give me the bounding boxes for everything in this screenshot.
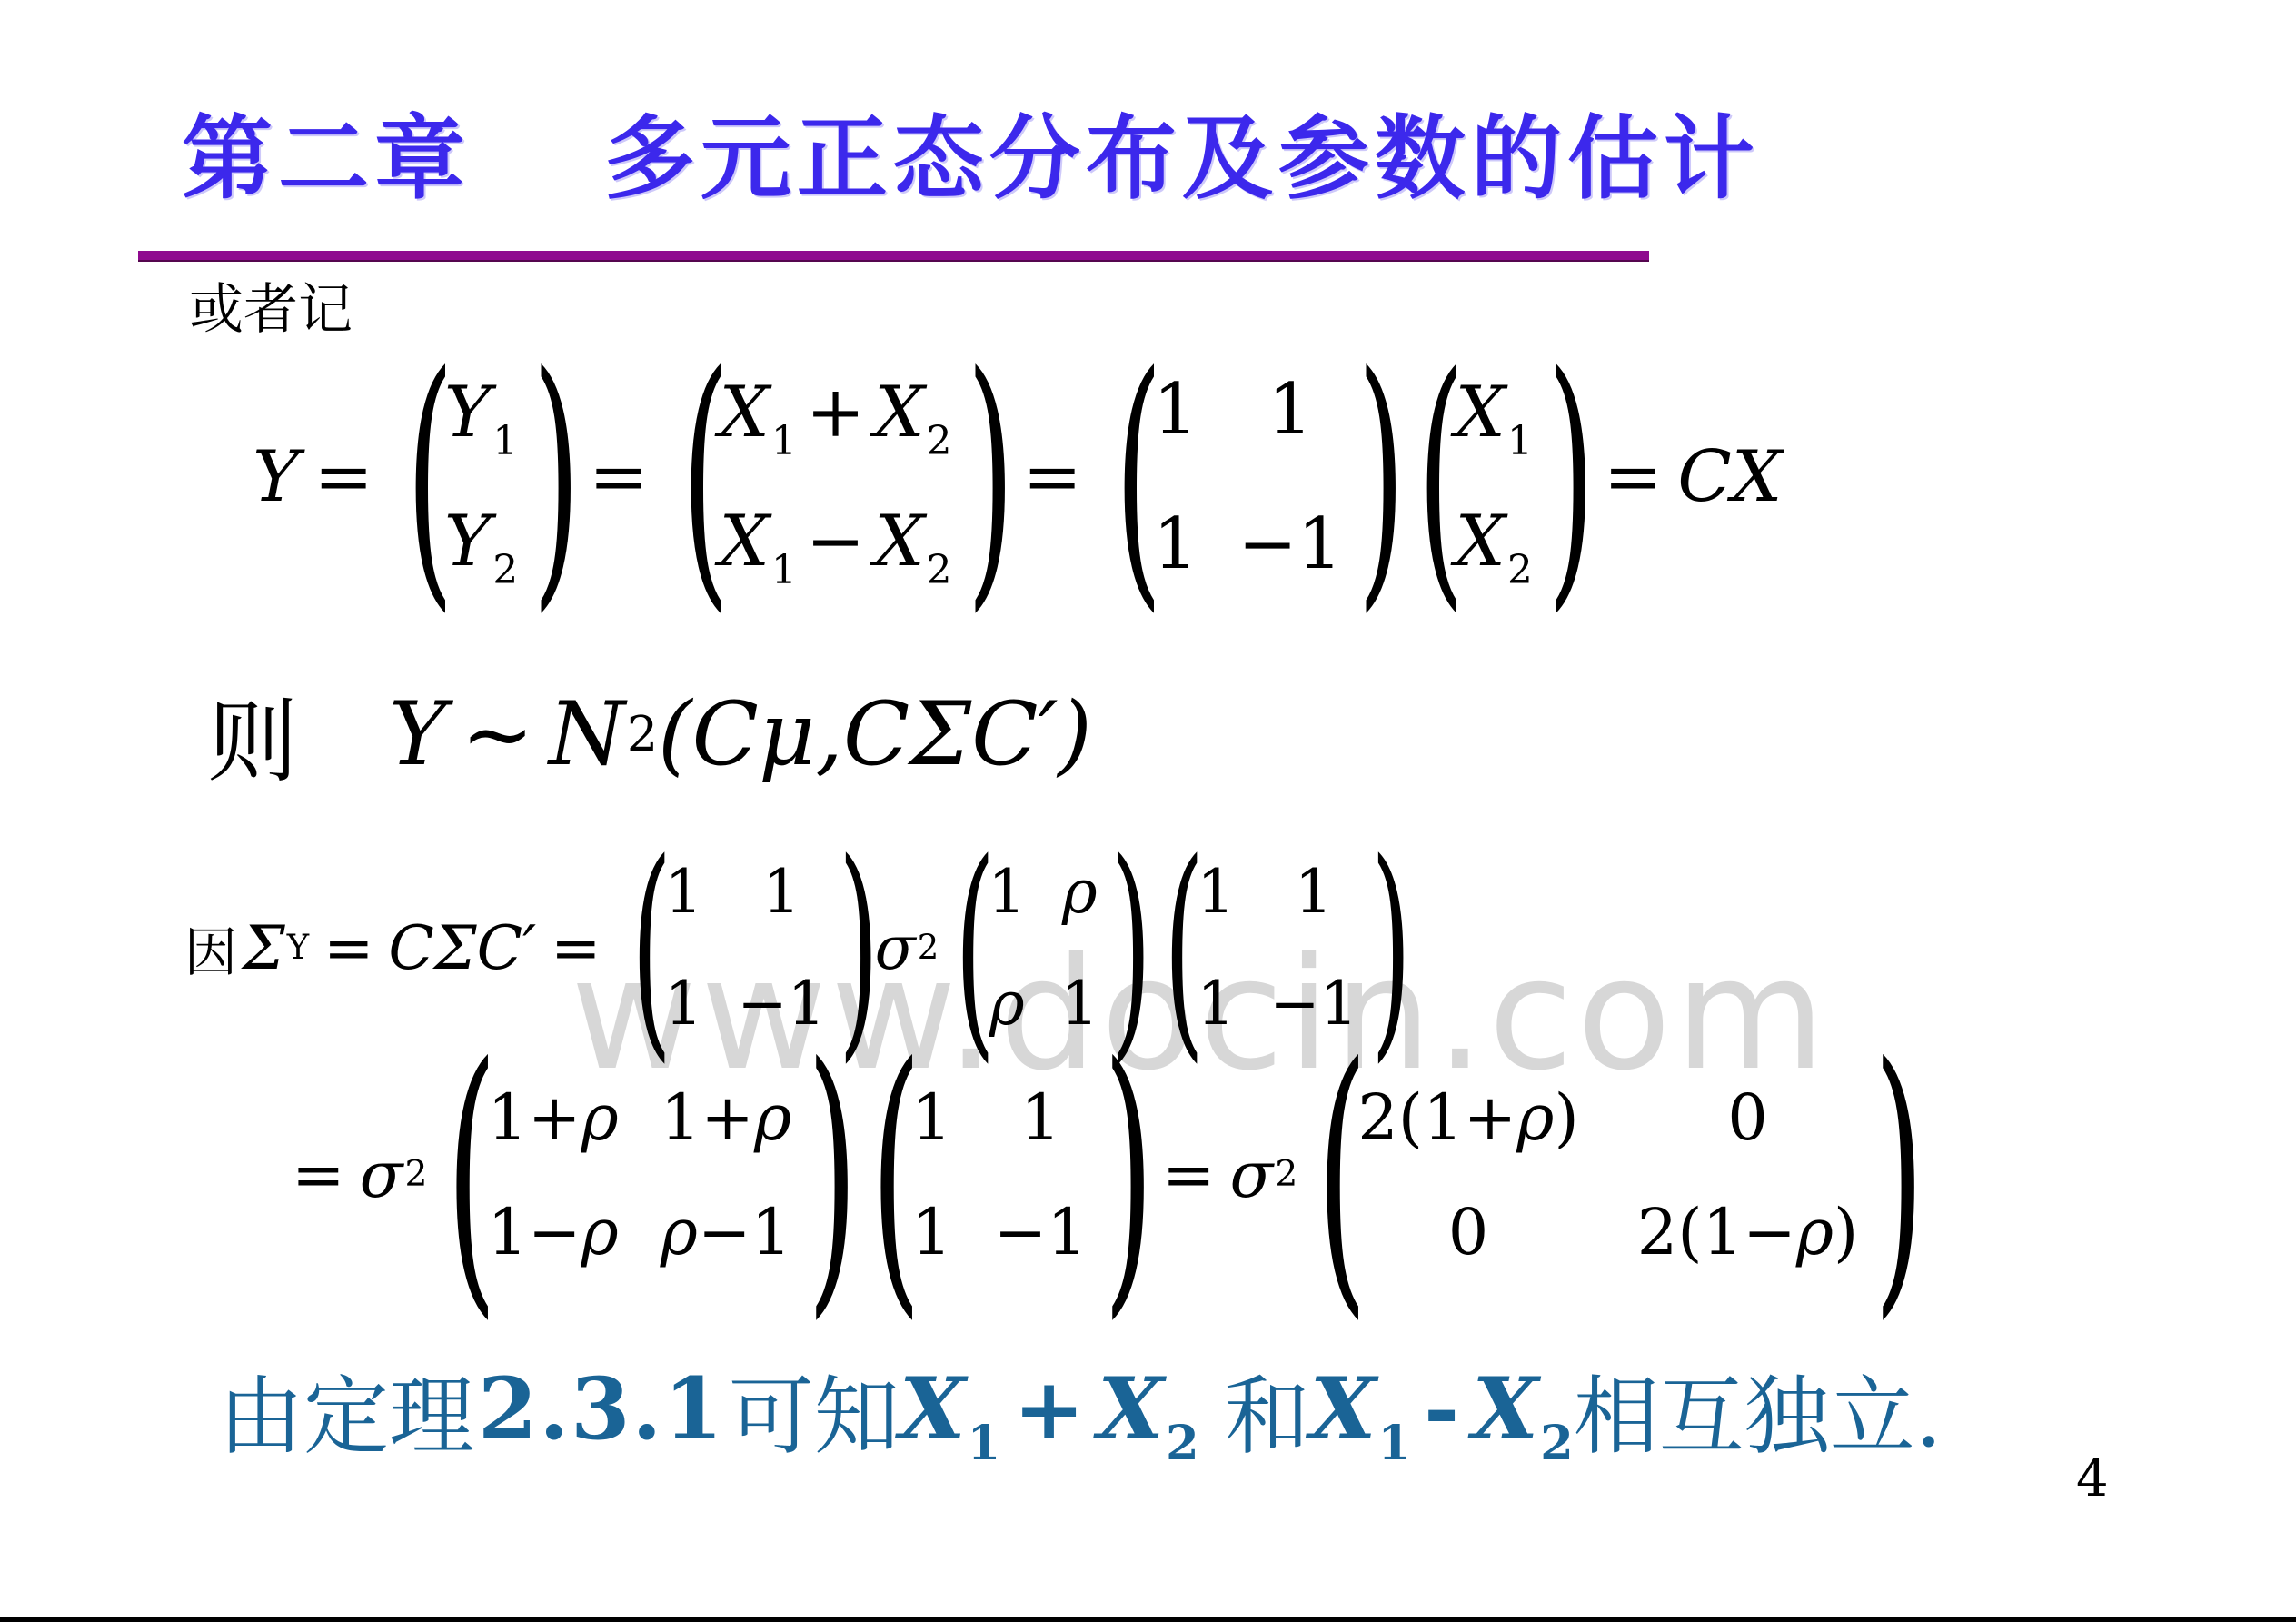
equals-sign: = (1162, 1138, 1216, 1212)
var-X2: X2 (1098, 1359, 1199, 1459)
matrix-cell: ρ (1062, 857, 1098, 927)
matrix-cell: 1 (762, 857, 800, 927)
paren-left: ( (1317, 1030, 1342, 1320)
subscript: 1 (492, 418, 518, 464)
paren-right: ) (1357, 341, 1380, 613)
matrix-cell: Y1 (444, 372, 518, 453)
var-sigma: σ (360, 1138, 403, 1212)
paren-right: ) (1370, 832, 1391, 1064)
equals-sign: = (323, 913, 373, 983)
vector-Y: ( Y1 Y2 ) (392, 354, 571, 600)
var-X1: X1 (900, 1359, 1001, 1459)
formula-row-result: = σ2 ( 1+ρ 1+ρ 1−ρ ρ−1 ) ( 1 1 1 −1 ) = … (277, 1043, 1918, 1307)
plus-sign: + (806, 372, 865, 453)
subscript: 1 (1507, 418, 1533, 464)
paren-left: ( (1115, 341, 1138, 613)
var-Y: Y (253, 436, 300, 518)
equals-sign: = (292, 1138, 345, 1212)
paren-left: ( (1164, 832, 1185, 1064)
matrix-cell: 2(1+ρ) (1357, 1080, 1579, 1155)
minus-sign: − (806, 501, 865, 582)
conclusion-text: 由定理 2.3.1 可知 X1 + X2 和 X1 - X2 相互独立. (218, 1343, 1943, 1475)
paren-left: ( (406, 341, 430, 613)
equals-sign: = (1604, 436, 1663, 518)
var-CX: CX (1677, 436, 1782, 518)
equals-sign: = (551, 913, 601, 983)
slide-title: 第二章 多元正态分布及参数的估计 (182, 100, 1760, 218)
subscript: 1 (771, 547, 797, 593)
vector-X: ( X1 X2 ) (1403, 354, 1585, 600)
subscript: 1 (1378, 1416, 1412, 1471)
minus-sign: - (1424, 1359, 1459, 1459)
matrix-cell: 0 (1727, 1080, 1768, 1155)
bottom-bar (0, 1617, 2296, 1622)
paren-left: ( (955, 832, 976, 1064)
matrix-diagonal: ( 2(1+ρ) 0 0 2(1−ρ) ) (1301, 1043, 1914, 1307)
title-divider (138, 251, 1649, 262)
because-label: 因 (184, 910, 237, 986)
matrix-cell: 1 (1020, 1080, 1061, 1155)
conclusion-seg4: 相互独立. (1574, 1348, 1943, 1470)
conclusion-seg3: 和 (1225, 1348, 1310, 1470)
matrix-C: ( 1 1 1 −1 ) (855, 1043, 1144, 1307)
matrix-cell: X1 (1456, 372, 1533, 453)
var-X1: X1 (1310, 1359, 1412, 1459)
matrix-cell: X1+X2 (720, 372, 952, 453)
subscript: 2 (1166, 1416, 1199, 1471)
var-sigma: σ (875, 913, 916, 983)
matrix-cell: −1 (1238, 503, 1343, 585)
paren-right: ) (1103, 1030, 1128, 1320)
subscript: 1 (968, 1416, 1001, 1471)
var-CSC-prime: CΣC′ (388, 913, 536, 983)
normal-args: (Cμ,CΣC′) (658, 683, 1092, 785)
formula-row-distribution: 则 Y ~ N2 (Cμ,CΣC′) (207, 650, 1092, 818)
matrix-cell: X1−X2 (720, 501, 952, 582)
var-N: N (549, 683, 625, 785)
matrix-cell: 1−ρ (487, 1195, 618, 1269)
equals-sign: = (1023, 436, 1082, 518)
matrix-cell: 1+ρ (487, 1080, 618, 1155)
subscript: 2 (927, 418, 952, 464)
var-Y: Y (389, 683, 446, 785)
paren-left: ( (681, 341, 704, 613)
matrix-cell: ρ−1 (661, 1195, 791, 1269)
intro-text: 或者记 (189, 277, 353, 343)
subscript: 2 (927, 547, 952, 593)
matrix-cell: Y2 (444, 501, 518, 582)
plus-sign: + (1013, 1359, 1085, 1459)
matrix-cell: X2 (1456, 501, 1533, 582)
matrix-cell: 1+ρ (661, 1080, 791, 1155)
conclusion-seg2: 可知 (729, 1348, 900, 1470)
paren-left: ( (1416, 341, 1440, 613)
subscript: 2 (492, 547, 518, 593)
matrix-cell: 1 (1295, 857, 1333, 927)
paren-right: ) (807, 1030, 832, 1320)
conclusion-seg1: 由定理 (218, 1348, 474, 1470)
page-number: 4 (2076, 1449, 2109, 1508)
equals-sign: = (589, 436, 648, 518)
tilde-sign: ~ (461, 683, 533, 785)
paren-right: ) (1874, 1030, 1899, 1320)
paren-right: ) (966, 341, 989, 613)
matrix-cell: −1 (994, 1195, 1088, 1269)
var-Sigma: Σ (243, 913, 285, 983)
matrix-cell: 0 (1448, 1195, 1489, 1269)
matrix-cell: 1 (1060, 969, 1098, 1039)
var-sigma: σ (1230, 1138, 1274, 1212)
paren-right: ) (532, 341, 556, 613)
matrix-cell: 1 (1267, 369, 1313, 451)
then-label: 则 (207, 669, 298, 800)
subscript: 2 (1507, 547, 1533, 593)
matrix-C: ( 1 1 1 −1 ) (1100, 354, 1396, 600)
vector-X-sum-diff: ( X1+X2 X1−X2 ) (667, 354, 1005, 600)
var-X2: X2 (1472, 1359, 1574, 1459)
formula-row-covariance: 因 ΣY = CΣC′ = ( 1 1 1 −1 ) σ2 ( 1 ρ ρ 1 … (184, 843, 1407, 1052)
formula-row-definition: Y = ( Y1 Y2 ) = ( X1+X2 X1−X2 ) = ( 1 1 … (253, 354, 1782, 600)
paren-left: ( (446, 1030, 472, 1320)
matrix-product: ( 1+ρ 1+ρ 1−ρ ρ−1 ) (431, 1043, 848, 1307)
subscript: 2 (1540, 1416, 1574, 1471)
subscript: 1 (771, 418, 797, 464)
paren-left: ( (631, 832, 652, 1064)
matrix-cell: 2(1−ρ) (1637, 1195, 1859, 1269)
theorem-number: 2.3.1 (478, 1359, 725, 1459)
paren-right: ) (1547, 341, 1571, 613)
paren-left: ( (870, 1030, 896, 1320)
equals-sign: = (314, 436, 373, 518)
